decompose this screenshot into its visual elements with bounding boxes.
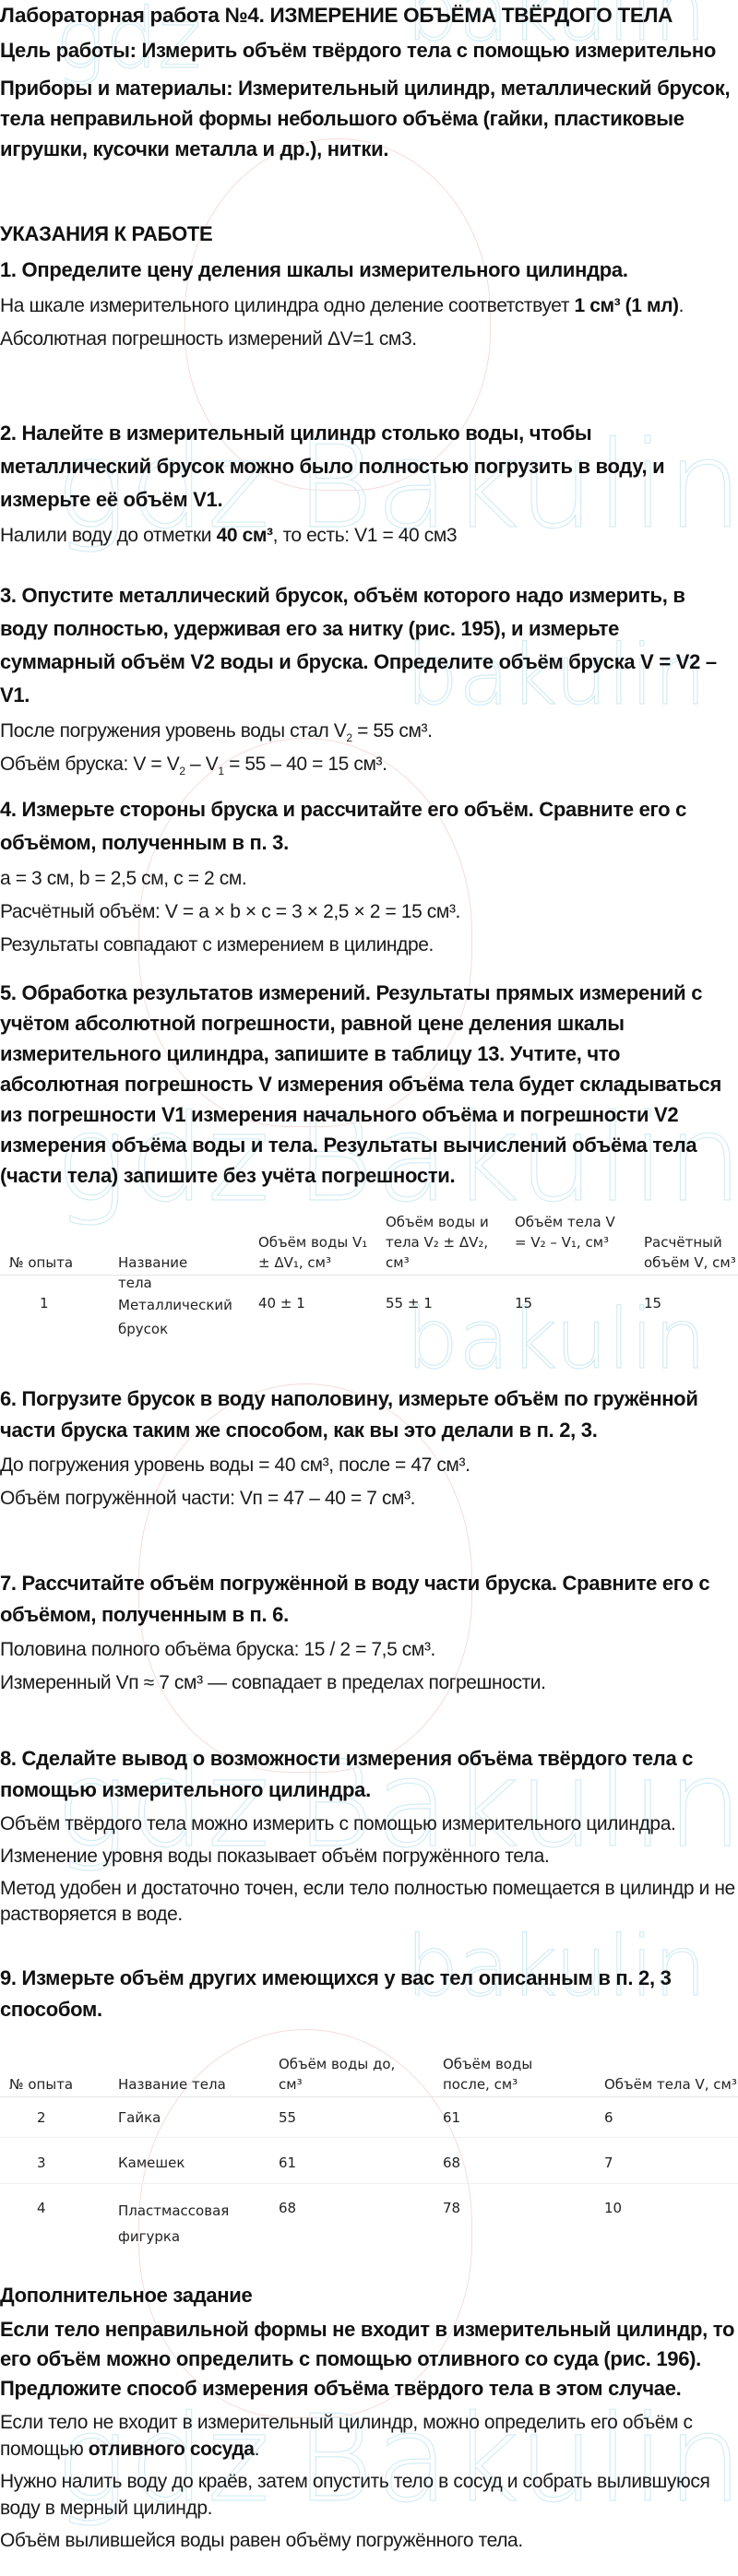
step-6: 6. Погрузите брусок в воду наполовину, и… bbox=[0, 1383, 738, 1513]
header-block: Лабораторная работа №4. ИЗМЕРЕНИЕ ОБЪЁМА… bbox=[0, 0, 738, 164]
step-4: 4. Измерьте стороны бруска и рассчитайте… bbox=[0, 793, 738, 959]
table-cell: 15 bbox=[644, 1293, 661, 1313]
table-cell: Гайка bbox=[118, 2107, 161, 2128]
row-divider bbox=[0, 2183, 738, 2184]
table-cell: 40 ± 1 bbox=[258, 1293, 305, 1313]
table-cell: 61 bbox=[443, 2107, 460, 2128]
step-answer: Метод удобен и достаточно точен, если те… bbox=[0, 1876, 738, 1928]
step-answer: На шкале измерительного цилиндра одно де… bbox=[0, 292, 738, 320]
table-header-cell: Объём воды V₁ ± ΔV₁, см³ bbox=[258, 1232, 369, 1273]
table-header-cell: Объём воды после, см³ bbox=[443, 2054, 553, 2095]
table-header-cell: Расчётный объём V, см³ bbox=[644, 1232, 738, 1273]
results-table-1: № опыта Название тела Объём воды V₁ ± ΔV… bbox=[0, 1208, 738, 1337]
step-task: 4. Измерьте стороны бруска и рассчитайте… bbox=[0, 793, 738, 860]
step-task: 5. Обработка результатов измерений. Резу… bbox=[0, 978, 738, 1191]
step-answer: Половина полного объёма бруска: 15 / 2 =… bbox=[0, 1636, 738, 1664]
table-cell: 2 bbox=[37, 2107, 46, 2128]
table-header-cell: Объём тела V = V₂ – V₁, см³ bbox=[515, 1212, 616, 1252]
step-7: 7. Рассчитайте объём погружённой в воду … bbox=[0, 1568, 738, 1697]
step-answer: Расчётный объём: V = a × b × c = 3 × 2,5… bbox=[0, 898, 738, 926]
extra-task-text: Если тело неправильной формы не входит в… bbox=[0, 2315, 738, 2404]
table-header-cell: Название тела bbox=[118, 2074, 226, 2095]
step-answer: Объём бруска: V = V2 – V1 = 55 – 40 = 15… bbox=[0, 751, 738, 778]
step-3: 3. Опустите металлический брусок, объём … bbox=[0, 579, 738, 778]
table-cell: 15 bbox=[515, 1293, 532, 1313]
step-5: 5. Обработка результатов измерений. Резу… bbox=[0, 978, 738, 1191]
step-task: 2. Налейте в измерительный цилиндр столь… bbox=[0, 417, 738, 516]
step-task: 9. Измерьте объём других имеющихся у вас… bbox=[0, 1963, 738, 2025]
table-cell: 6 bbox=[604, 2107, 613, 2128]
table-cell: Пластмассовая фигурка bbox=[118, 2198, 238, 2250]
step-task: 7. Рассчитайте объём погружённой в воду … bbox=[0, 1568, 738, 1631]
table-cell: 55 ± 1 bbox=[386, 1293, 433, 1313]
step-task: 1. Определите цену деления шкалы измерит… bbox=[0, 254, 738, 287]
table-header-cell: Объём воды до, см³ bbox=[279, 2054, 403, 2095]
table-cell: 78 bbox=[443, 2198, 460, 2218]
step-answer: Объём твёрдого тела можно измерить с пом… bbox=[0, 1811, 738, 1837]
extra-answer: Нужно налить воду до краёв, затем опусти… bbox=[0, 2468, 738, 2522]
step-task: 3. Опустите металлический брусок, объём … bbox=[0, 579, 738, 712]
step-answer: До погружения уровень воды = 40 см³, пос… bbox=[0, 1452, 738, 1479]
step-task: 8. Сделайте вывод о возможности измерени… bbox=[0, 1743, 738, 1806]
extra-answer: Объём вылившейся воды равен объёму погру… bbox=[0, 2527, 738, 2555]
table-header: № опыта Название тела Объём воды до, см³… bbox=[0, 2052, 738, 2097]
row-divider bbox=[0, 2137, 738, 2138]
table-cell: 68 bbox=[443, 2153, 460, 2173]
step-1: 1. Определите цену деления шкалы измерит… bbox=[0, 254, 738, 353]
table-cell: 3 bbox=[37, 2153, 46, 2173]
results-table-2: № опыта Название тела Объём воды до, см³… bbox=[0, 2052, 738, 2255]
step-answer: Результаты совпадают с измерением в цили… bbox=[0, 932, 738, 959]
table-cell: Металлический брусок bbox=[118, 1293, 229, 1341]
step-answer: После погружения уровень воды стал V2 = … bbox=[0, 718, 738, 745]
table-cell: 55 bbox=[279, 2107, 296, 2128]
instructions-heading: УКАЗАНИЯ К РАБОТЕ bbox=[0, 218, 212, 251]
page-title: Лабораторная работа №4. ИЗМЕРЕНИЕ ОБЪЁМА… bbox=[0, 0, 738, 30]
step-task: 6. Погрузите брусок в воду наполовину, и… bbox=[0, 1383, 738, 1446]
step-8: 8. Сделайте вывод о возможности измерени… bbox=[0, 1743, 738, 1928]
step-answer: Объём погружённой части: Vп = 47 – 40 = … bbox=[0, 1485, 738, 1513]
step-answer: Изменение уровня воды показывает объём п… bbox=[0, 1843, 738, 1870]
table-header-cell: Объём тела V, см³ bbox=[604, 2074, 738, 2095]
table-header: № опыта Название тела Объём воды V₁ ± ΔV… bbox=[0, 1208, 738, 1276]
step-2: 2. Налейте в измерительный цилиндр столь… bbox=[0, 417, 738, 550]
table-header-cell: № опыта bbox=[9, 1252, 73, 1273]
table-cell: 10 bbox=[604, 2198, 622, 2218]
table-cell: 68 bbox=[279, 2198, 296, 2218]
step-answer: Абсолютная погрешность измерений ΔV=1 см… bbox=[0, 326, 738, 353]
table-cell: Камешек bbox=[118, 2153, 184, 2173]
extra-answer: Если тело не входит в измерительный цили… bbox=[0, 2409, 738, 2463]
extra-heading: Дополнительное задание bbox=[0, 2282, 738, 2309]
table-cell: 61 bbox=[279, 2153, 296, 2173]
goal-text: Цель работы: Измерить объём твёрдого тел… bbox=[0, 35, 738, 65]
table-header-cell: № опыта bbox=[9, 2074, 73, 2095]
step-answer: a = 3 см, b = 2,5 см, c = 2 см. bbox=[0, 865, 738, 893]
table-header-cell: Название тела bbox=[118, 1252, 220, 1293]
table-cell: 1 bbox=[40, 1293, 49, 1313]
materials-text: Приборы и материалы: Измерительный цилин… bbox=[0, 73, 738, 164]
table-cell: 7 bbox=[604, 2153, 613, 2173]
step-answer: Налили воду до отметки 40 см³, то есть: … bbox=[0, 522, 738, 550]
step-9: 9. Измерьте объём других имеющихся у вас… bbox=[0, 1963, 738, 2025]
step-answer: Измеренный Vп ≈ 7 см³ — совпадает в пред… bbox=[0, 1669, 738, 1697]
table-header-cell: Объём воды и тела V₂ ± ΔV₂, см³ bbox=[386, 1212, 494, 1273]
extra-task: Дополнительное задание Если тело неправи… bbox=[0, 2282, 738, 2555]
table-cell: 4 bbox=[37, 2198, 46, 2218]
